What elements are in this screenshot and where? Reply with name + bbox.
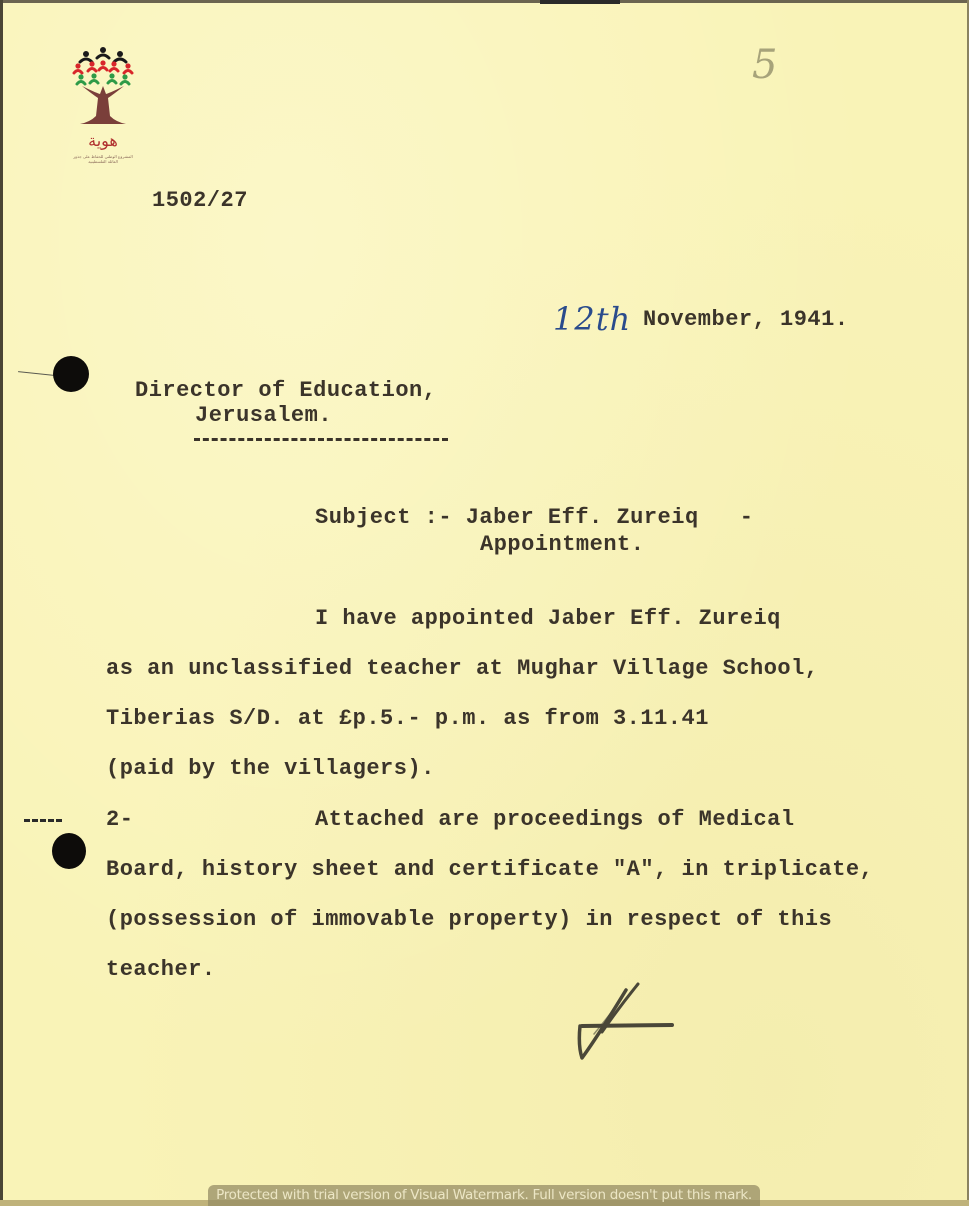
paragraph-number: 2- [106,807,133,832]
family-tree-logo-icon: هوية [72,46,134,168]
handwritten-day: 12th [553,300,631,338]
body-line: I have appointed Jaber Eff. Zureiq [315,606,781,631]
reference-number: 1502/27 [152,188,248,213]
svg-text:هوية: هوية [88,131,118,151]
addressee-underline [194,438,448,441]
body-line: Board, history sheet and certificate "A"… [106,857,873,882]
addressee-title: Director of Education, [135,378,436,403]
page-top-edge [0,0,969,3]
logo-caption: المشروع الوطني للحفاظ على جذور العائلة ا… [70,154,136,164]
punch-hole-icon [53,356,89,392]
body-line: teacher. [106,957,216,982]
punch-hole-icon [52,833,86,869]
page-top-clip [540,0,620,4]
margin-mark [18,371,54,376]
margin-dash-mark [24,819,62,822]
body-line: (possession of immovable property) in re… [106,907,832,932]
page-number: 5 [752,42,777,88]
subject-line: Subject :- Jaber Eff. Zureiq - [315,505,753,530]
document-page: هوية المشروع الوطني للحفاظ على جذور العا… [0,0,969,1206]
body-line: Attached are proceedings of Medical [315,807,795,832]
body-line: Tiberias S/D. at £p.5.- p.m. as from 3.1… [106,706,709,731]
watermark-banner: Protected with trial version of Visual W… [208,1185,760,1206]
subject-line-2: Appointment. [480,532,644,557]
page-left-edge [0,0,3,1206]
body-line: (paid by the villagers). [106,756,435,781]
letter-date: November, 1941. [643,307,849,332]
addressee-location: Jerusalem. [195,403,332,428]
handwritten-signature-icon [572,976,682,1066]
body-line: as an unclassified teacher at Mughar Vil… [106,656,819,681]
